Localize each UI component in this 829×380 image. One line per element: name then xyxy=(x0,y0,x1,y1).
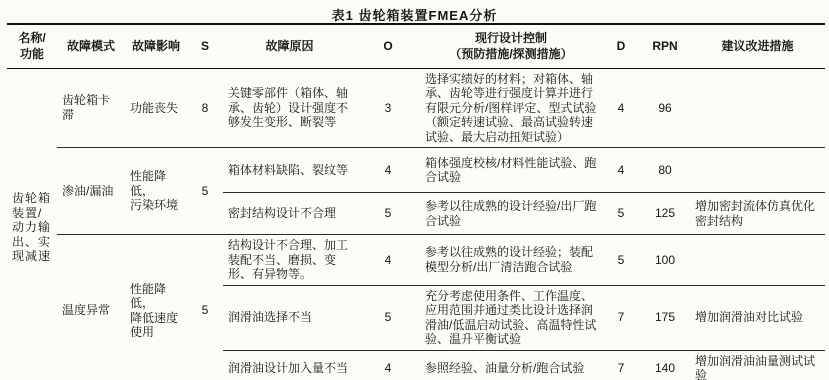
cell-current-controls: 参考以往成熟的设计经验；装配模型分析/出厂清洁跑合试验 xyxy=(420,235,602,286)
table-row: 齿轮箱 装置/ 动力输 出、实 现减速 齿轮箱卡滞 功能丧失 8 关键零部件（箱… xyxy=(7,68,825,148)
col-header-occurrence: O xyxy=(356,24,420,68)
cell-failure-cause: 润滑油设计加入量不当 xyxy=(223,350,356,380)
col-header-detection: D xyxy=(602,24,640,68)
table-title: 表1 齿轮箱装置FMEA分析 xyxy=(0,5,829,24)
cell-failure-effect: 功能丧失 xyxy=(125,68,187,148)
cell-recommended-action xyxy=(690,235,825,286)
cell-current-controls: 参照经验、油量分析/跑合试验 xyxy=(420,350,602,380)
cell-failure-mode: 温度异常 xyxy=(57,235,125,380)
cell-rpn: 100 xyxy=(640,235,690,286)
fmea-table: 名称/ 功能 故障模式 故障影响 S 故障原因 O 现行设计控制 （预防措施/探… xyxy=(7,23,825,380)
col-header-failure-effect: 故障影响 xyxy=(125,24,187,68)
col-header-failure-cause: 故障原因 xyxy=(223,24,356,68)
cell-failure-effect: 性能降低， 污染环境 xyxy=(125,148,187,235)
cell-recommended-action xyxy=(690,148,825,193)
cell-detection: 5 xyxy=(602,193,640,235)
cell-rpn: 96 xyxy=(640,68,690,148)
cell-detection: 4 xyxy=(602,148,640,193)
cell-current-controls: 选择实绩好的材料；对箱体、轴承、齿轮等进行强度计算并进行有限元分析/图样评定、型… xyxy=(420,68,602,148)
table-row: 温度异常 性能降低， 降低速度使用 5 结构设计不合理、加工装配不当、磨损、变形… xyxy=(7,235,825,286)
table-header: 名称/ 功能 故障模式 故障影响 S 故障原因 O 现行设计控制 （预防措施/探… xyxy=(7,24,825,68)
cell-recommended-action xyxy=(690,68,825,148)
cell-detection: 4 xyxy=(602,68,640,148)
col-header-current-controls: 现行设计控制 （预防措施/探测措施） xyxy=(420,24,602,68)
cell-current-controls: 参考以往成熟的设计经验/出厂跑合试验 xyxy=(420,193,602,235)
cell-recommended-action: 增加润滑油对比试验 xyxy=(690,285,825,350)
table-row: 渗油/漏油 性能降低， 污染环境 5 箱体材料缺陷、裂纹等 4 箱体强度校核/材… xyxy=(7,148,825,193)
cell-current-controls: 箱体强度校核/材料性能试验、跑合试验 xyxy=(420,148,602,193)
col-header-name-function: 名称/ 功能 xyxy=(7,24,57,68)
col-header-severity: S xyxy=(187,24,223,68)
cell-current-controls: 充分考虑使用条件、工作温度、应用范围并通过类比设计选择润滑油/低温启动试验、高温… xyxy=(420,285,602,350)
col-header-failure-mode: 故障模式 xyxy=(57,24,125,68)
cell-detection: 7 xyxy=(602,285,640,350)
cell-failure-cause: 密封结构设计不合理 xyxy=(223,193,356,235)
cell-severity: 5 xyxy=(187,235,223,380)
cell-detection: 5 xyxy=(602,235,640,286)
cell-failure-mode: 齿轮箱卡滞 xyxy=(57,68,125,148)
cell-failure-effect: 性能降低， 降低速度使用 xyxy=(125,235,187,380)
cell-occurrence: 5 xyxy=(356,285,420,350)
cell-detection: 7 xyxy=(602,350,640,380)
cell-severity: 5 xyxy=(187,148,223,235)
cell-failure-cause: 结构设计不合理、加工装配不当、磨损、变形、有异物等。 xyxy=(223,235,356,286)
cell-component-name: 齿轮箱 装置/ 动力输 出、实 现减速 xyxy=(7,68,57,380)
col-header-recommended-actions: 建议改进措施 xyxy=(690,24,825,68)
cell-occurrence: 4 xyxy=(356,148,420,193)
cell-rpn: 80 xyxy=(640,148,690,193)
cell-occurrence: 5 xyxy=(356,193,420,235)
cell-recommended-action: 增加密封流体仿真优化密封结构 xyxy=(690,193,825,235)
cell-occurrence: 3 xyxy=(356,68,420,148)
cell-failure-cause: 箱体材料缺陷、裂纹等 xyxy=(223,148,356,193)
cell-occurrence: 4 xyxy=(356,235,420,286)
cell-rpn: 175 xyxy=(640,285,690,350)
cell-failure-cause: 润滑油选择不当 xyxy=(223,285,356,350)
cell-recommended-action: 增加润滑油油量测试试验 xyxy=(690,350,825,380)
cell-rpn: 125 xyxy=(640,193,690,235)
cell-rpn: 140 xyxy=(640,350,690,380)
paper-page: 表1 齿轮箱装置FMEA分析 名称/ 功能 故障模式 故障影响 S 故障原因 O… xyxy=(0,0,829,380)
cell-severity: 8 xyxy=(187,68,223,148)
cell-failure-mode: 渗油/漏油 xyxy=(57,148,125,235)
cell-failure-cause: 关键零部件（箱体、轴承、齿轮）设计强度不够发生变形、断裂等 xyxy=(223,68,356,148)
cell-occurrence: 4 xyxy=(356,350,420,380)
col-header-rpn: RPN xyxy=(640,24,690,68)
